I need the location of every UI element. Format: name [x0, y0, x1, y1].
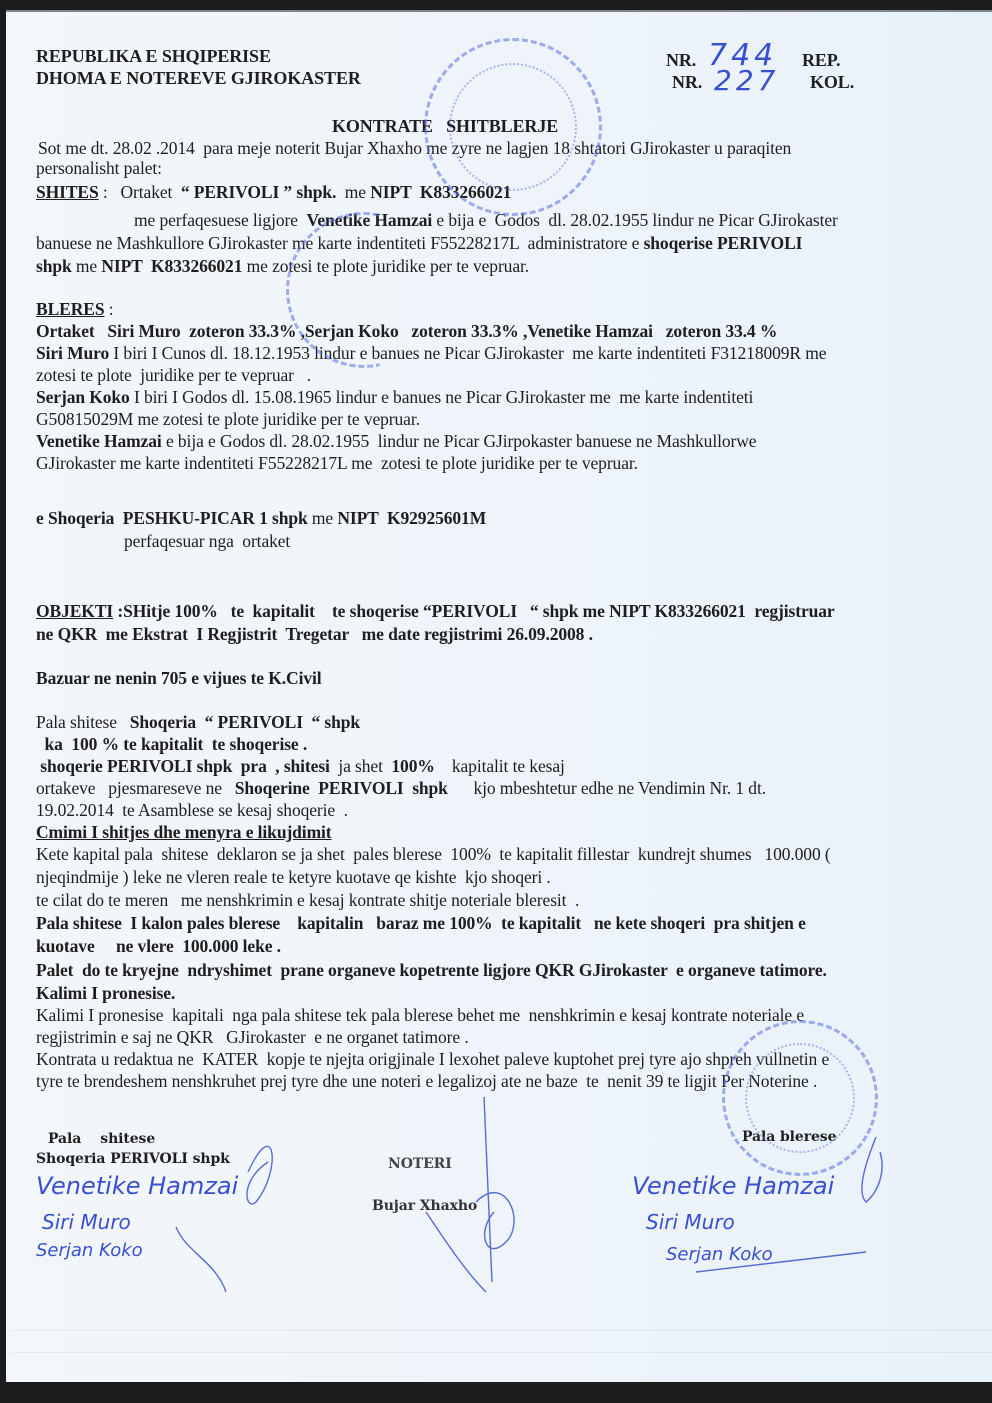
scan-artifact-line: [12, 1352, 992, 1353]
scan-artifact-line: [12, 1330, 992, 1331]
signature-strokes: [6, 12, 992, 1382]
document-page: REPUBLIKA E SHQIPERISE DHOMA E NOTEREVE …: [6, 10, 992, 1382]
